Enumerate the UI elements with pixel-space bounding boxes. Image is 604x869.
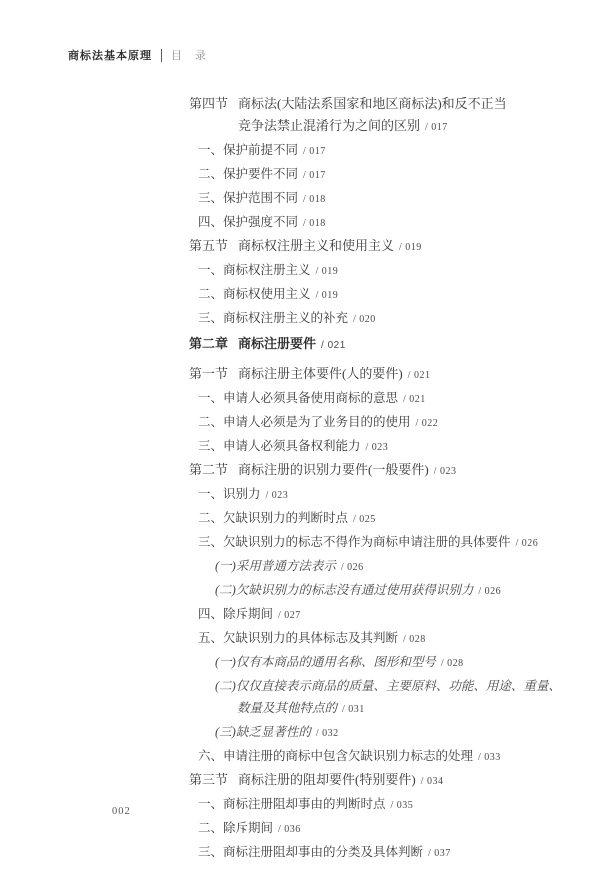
entry-label: 第五节 <box>189 235 238 259</box>
entry-body: 一、申请人必须具备使用商标的意思/ 021 <box>198 387 604 411</box>
entry-page-ref: / 020 <box>353 314 376 325</box>
entry-page-ref: / 026 <box>516 538 539 549</box>
entry-page-ref: / 031 <box>342 704 365 715</box>
entry-text: (二)仅仅直接表示商品的质量、主要原料、功能、用途、重量、 <box>215 675 604 697</box>
entry-page-ref: / 032 <box>316 728 339 739</box>
entry-text: 商标法(大陆法系国家和地区商标法)和反不正当 <box>238 93 604 115</box>
toc-entry-item: 一、申请人必须具备使用商标的意思/ 021 <box>0 387 604 411</box>
toc-entry-item: 一、商标注册阻却事由的判断时点/ 035 <box>0 793 604 817</box>
entry-body: 商标注册的识别力要件(一般要件)/ 023 <box>238 459 604 483</box>
entry-text: 一、商标注册阻却事由的判断时点/ 035 <box>198 793 604 817</box>
entry-body: 一、识别力/ 023 <box>198 483 604 507</box>
entry-page-ref: / 037 <box>428 848 451 859</box>
toc-entry-subitem: (一)采用普通方法表示/ 026 <box>0 555 604 579</box>
entry-page-ref: / 026 <box>341 562 364 573</box>
entry-page-ref: / 034 <box>421 776 444 787</box>
entry-body: (三)缺乏显著性的/ 032 <box>215 721 604 745</box>
entry-text: 三、商标权注册主义的补充/ 020 <box>198 307 604 331</box>
entry-body: 二、欠缺识别力的判断时点/ 025 <box>198 507 604 531</box>
entry-page-ref: / 019 <box>399 242 422 253</box>
entry-text: (一)仅有本商品的通用名称、图形和型号/ 028 <box>215 651 604 675</box>
entry-page-ref: / 023 <box>366 442 389 453</box>
toc-entry-item: 三、商标权注册主义的补充/ 020 <box>0 307 604 331</box>
entry-text: 一、商标权注册主义/ 019 <box>198 259 604 283</box>
entry-label: 第三节 <box>189 769 238 793</box>
entry-label: 第一节 <box>189 363 238 387</box>
entry-page-ref: / 023 <box>266 490 289 501</box>
toc-entry-item: 三、申请人必须具备权利能力/ 023 <box>0 435 604 459</box>
toc-entry-item: 六、申请注册的商标中包含欠缺识别力标志的处理/ 033 <box>0 745 604 769</box>
entry-text: 三、欠缺识别力的标志不得作为商标申请注册的具体要件/ 026 <box>198 531 604 555</box>
entry-body: 商标权注册主义和使用主义/ 019 <box>238 235 604 259</box>
entry-page-ref: / 035 <box>391 800 414 811</box>
toc-entry-chapter: 第二章商标注册要件/ 021 <box>0 333 604 357</box>
entry-page-ref: / 027 <box>278 610 301 621</box>
entry-body: 商标注册的阻却要件(特别要件)/ 034 <box>238 769 604 793</box>
toc-page-title: 目 录 <box>171 47 207 63</box>
entry-page-ref: / 023 <box>434 466 457 477</box>
entry-page-ref: / 018 <box>303 194 326 205</box>
entry-text: 商标注册要件/ 021 <box>238 333 604 357</box>
toc-entry-subitem: (二)仅仅直接表示商品的质量、主要原料、功能、用途、重量、数量及其他特点的/ 0… <box>0 675 604 721</box>
toc-entry-item: 四、除斥期间/ 027 <box>0 603 604 627</box>
toc-entry-item: 五、欠缺识别力的具体标志及其判断/ 028 <box>0 627 604 651</box>
entry-text: 四、保护强度不同/ 018 <box>198 211 604 235</box>
toc-entry-item: 二、商标权使用主义/ 019 <box>0 283 604 307</box>
entry-text: 五、欠缺识别力的具体标志及其判断/ 028 <box>198 627 604 651</box>
entry-page-ref: / 021 <box>403 394 426 405</box>
entry-body: 商标注册要件/ 021 <box>238 333 604 357</box>
entry-text: 商标权注册主义和使用主义/ 019 <box>238 235 604 259</box>
entry-body: (二)仅仅直接表示商品的质量、主要原料、功能、用途、重量、数量及其他特点的/ 0… <box>215 675 604 721</box>
entry-text: 二、保护要件不同/ 017 <box>198 163 604 187</box>
entry-text: 一、识别力/ 023 <box>198 483 604 507</box>
toc-entry-section: 第二节商标注册的识别力要件(一般要件)/ 023 <box>0 459 604 483</box>
entry-page-ref: / 021 <box>408 370 431 381</box>
entry-text: 二、欠缺识别力的判断时点/ 025 <box>198 507 604 531</box>
toc-entry-section: 第一节商标注册主体要件(人的要件)/ 021 <box>0 363 604 387</box>
entry-body: 四、保护强度不同/ 018 <box>198 211 604 235</box>
toc-entry-section: 第三节商标注册的阻却要件(特别要件)/ 034 <box>0 769 604 793</box>
entry-body: 二、商标权使用主义/ 019 <box>198 283 604 307</box>
entry-body: 三、商标权注册主义的补充/ 020 <box>198 307 604 331</box>
entry-text: (二)欠缺识别力的标志没有通过使用获得识别力/ 026 <box>215 579 604 603</box>
toc-entry-item: 二、保护要件不同/ 017 <box>0 163 604 187</box>
toc-entry-subitem: (一)仅有本商品的通用名称、图形和型号/ 028 <box>0 651 604 675</box>
entry-body: (一)采用普通方法表示/ 026 <box>215 555 604 579</box>
entry-page-ref: / 026 <box>478 586 501 597</box>
entry-body: 六、申请注册的商标中包含欠缺识别力标志的处理/ 033 <box>198 745 604 769</box>
entry-body: 五、欠缺识别力的具体标志及其判断/ 028 <box>198 627 604 651</box>
entry-text: 三、商标注册阻却事由的分类及具体判断/ 037 <box>198 841 604 865</box>
entry-text: 二、申请人必须是为了业务目的的使用/ 022 <box>198 411 604 435</box>
toc-list: 第四节商标法(大陆法系国家和地区商标法)和反不正当竞争法禁止混淆行为之间的区别/… <box>0 93 604 865</box>
page-number: 002 <box>112 806 131 817</box>
entry-body: (二)欠缺识别力的标志没有通过使用获得识别力/ 026 <box>215 579 604 603</box>
entry-page-ref: / 036 <box>278 824 301 835</box>
entry-page-ref: / 021 <box>321 340 346 351</box>
toc-entry-item: 二、欠缺识别力的判断时点/ 025 <box>0 507 604 531</box>
entry-label: 第四节 <box>189 93 238 139</box>
entry-body: 四、除斥期间/ 027 <box>198 603 604 627</box>
entry-text: 数量及其他特点的/ 031 <box>237 697 604 721</box>
book-title: 商标法基本原理 <box>68 47 152 63</box>
entry-page-ref: / 028 <box>441 658 464 669</box>
entry-text: (三)缺乏显著性的/ 032 <box>215 721 604 745</box>
toc-entry-item: 一、商标权注册主义/ 019 <box>0 259 604 283</box>
toc-entry-item: 三、商标注册阻却事由的分类及具体判断/ 037 <box>0 841 604 865</box>
entry-text: 一、保护前提不同/ 017 <box>198 139 604 163</box>
entry-text: 商标注册主体要件(人的要件)/ 021 <box>238 363 604 387</box>
entry-page-ref: / 033 <box>478 752 501 763</box>
entry-body: 商标法(大陆法系国家和地区商标法)和反不正当竞争法禁止混淆行为之间的区别/ 01… <box>238 93 604 139</box>
toc-entry-item: 三、欠缺识别力的标志不得作为商标申请注册的具体要件/ 026 <box>0 531 604 555</box>
entry-page-ref: / 019 <box>316 266 339 277</box>
entry-text: 一、申请人必须具备使用商标的意思/ 021 <box>198 387 604 411</box>
toc-entry-item: 一、保护前提不同/ 017 <box>0 139 604 163</box>
entry-text: 六、申请注册的商标中包含欠缺识别力标志的处理/ 033 <box>198 745 604 769</box>
entry-page-ref: / 025 <box>353 514 376 525</box>
entry-text: 二、商标权使用主义/ 019 <box>198 283 604 307</box>
entry-body: 一、商标权注册主义/ 019 <box>198 259 604 283</box>
entry-label: 第二章 <box>189 333 238 357</box>
entry-body: 二、保护要件不同/ 017 <box>198 163 604 187</box>
entry-page-ref: / 017 <box>303 146 326 157</box>
entry-text: 二、除斥期间/ 036 <box>198 817 604 841</box>
entry-text: 四、除斥期间/ 027 <box>198 603 604 627</box>
entry-body: (一)仅有本商品的通用名称、图形和型号/ 028 <box>215 651 604 675</box>
toc-entry-section: 第四节商标法(大陆法系国家和地区商标法)和反不正当竞争法禁止混淆行为之间的区别/… <box>0 93 604 139</box>
toc-entry-item: 二、申请人必须是为了业务目的的使用/ 022 <box>0 411 604 435</box>
page-folio: 002 <box>112 806 131 817</box>
toc-entry-item: 一、识别力/ 023 <box>0 483 604 507</box>
entry-text: 三、保护范围不同/ 018 <box>198 187 604 211</box>
entry-body: 一、商标注册阻却事由的判断时点/ 035 <box>198 793 604 817</box>
entry-body: 二、除斥期间/ 036 <box>198 817 604 841</box>
running-header: 商标法基本原理 目 录 <box>68 47 207 63</box>
toc-entry-item: 二、除斥期间/ 036 <box>0 817 604 841</box>
toc-entry-item: 四、保护强度不同/ 018 <box>0 211 604 235</box>
entry-body: 商标注册主体要件(人的要件)/ 021 <box>238 363 604 387</box>
entry-page-ref: / 028 <box>403 634 426 645</box>
entry-body: 三、商标注册阻却事由的分类及具体判断/ 037 <box>198 841 604 865</box>
entry-text: 三、申请人必须具备权利能力/ 023 <box>198 435 604 459</box>
entry-body: 三、保护范围不同/ 018 <box>198 187 604 211</box>
entry-page-ref: / 018 <box>303 218 326 229</box>
book-page: 商标法基本原理 目 录 第四节商标法(大陆法系国家和地区商标法)和反不正当竞争法… <box>0 0 604 869</box>
entry-page-ref: / 019 <box>316 290 339 301</box>
entry-page-ref: / 017 <box>425 122 448 133</box>
toc-entry-subitem: (二)欠缺识别力的标志没有通过使用获得识别力/ 026 <box>0 579 604 603</box>
toc-entry-item: 三、保护范围不同/ 018 <box>0 187 604 211</box>
header-divider-line <box>161 49 162 62</box>
entry-body: 三、欠缺识别力的标志不得作为商标申请注册的具体要件/ 026 <box>198 531 604 555</box>
toc-entry-section: 第五节商标权注册主义和使用主义/ 019 <box>0 235 604 259</box>
entry-body: 一、保护前提不同/ 017 <box>198 139 604 163</box>
entry-body: 二、申请人必须是为了业务目的的使用/ 022 <box>198 411 604 435</box>
toc-entry-subitem: (三)缺乏显著性的/ 032 <box>0 721 604 745</box>
entry-body: 三、申请人必须具备权利能力/ 023 <box>198 435 604 459</box>
entry-page-ref: / 022 <box>416 418 439 429</box>
entry-label: 第二节 <box>189 459 238 483</box>
entry-text: (一)采用普通方法表示/ 026 <box>215 555 604 579</box>
entry-text: 商标注册的阻却要件(特别要件)/ 034 <box>238 769 604 793</box>
entry-text: 竞争法禁止混淆行为之间的区别/ 017 <box>238 115 604 139</box>
entry-page-ref: / 017 <box>303 170 326 181</box>
entry-text: 商标注册的识别力要件(一般要件)/ 023 <box>238 459 604 483</box>
